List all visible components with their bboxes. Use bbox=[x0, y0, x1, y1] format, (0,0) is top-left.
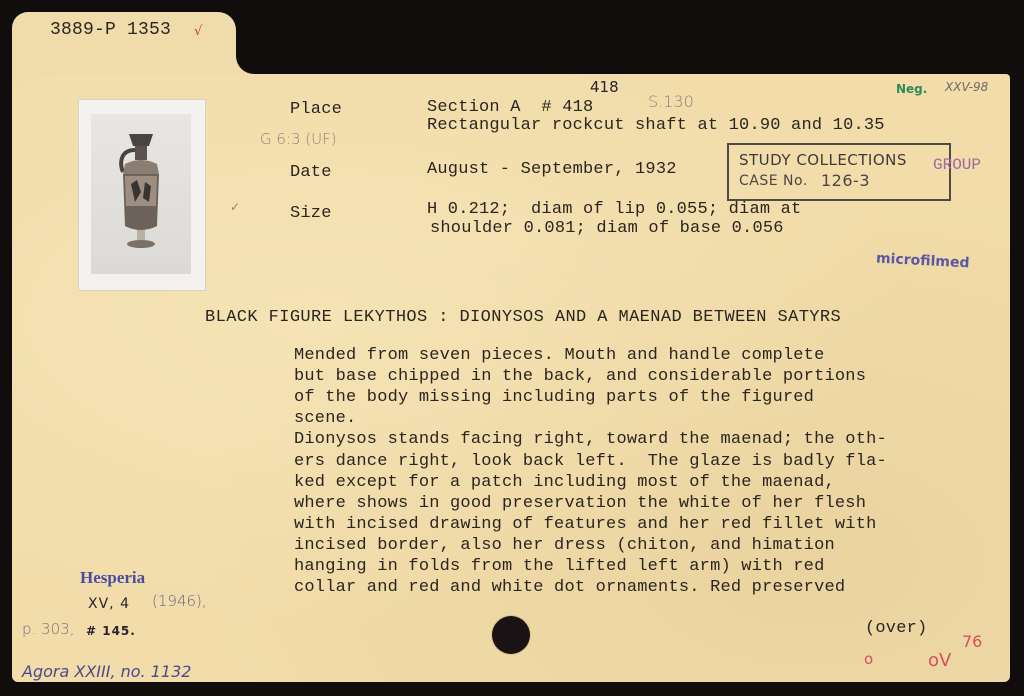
reference-number: # 145. bbox=[86, 624, 136, 638]
description-line: scene. bbox=[294, 409, 356, 428]
over-note: (over) bbox=[865, 619, 927, 638]
reference-journal: Hesperia bbox=[80, 568, 145, 588]
stamp-case-label: CASE No. bbox=[739, 173, 808, 189]
place-label: Place bbox=[290, 100, 342, 119]
photo-background bbox=[91, 114, 191, 274]
description-line: collar and red and white dot ornaments. … bbox=[294, 578, 845, 597]
size-value-line2: shoulder 0.081; diam of base 0.056 bbox=[430, 219, 784, 238]
description-line: of the body missing including parts of t… bbox=[294, 388, 814, 407]
place-annotation-right: S.130 bbox=[648, 92, 694, 111]
agora-reference: Agora XXIII, no. 1132 bbox=[22, 662, 191, 681]
size-label: Size bbox=[290, 204, 332, 223]
description-line: incised border, also her dress (chiton, … bbox=[294, 536, 835, 555]
red-annotation-left: o bbox=[864, 650, 873, 668]
description-line: where shows in good preservation the whi… bbox=[294, 494, 866, 513]
red-annotation-right: oV bbox=[928, 650, 951, 671]
negative-label: Neg. bbox=[896, 82, 927, 96]
description-line: but base chipped in the back, and consid… bbox=[294, 367, 866, 386]
place-value-line2: Rectangular rockcut shaft at 10.90 and 1… bbox=[427, 116, 885, 135]
check-icon: ✓ bbox=[230, 200, 240, 214]
object-title: BLACK FIGURE LEKYTHOS : DIONYSOS AND A M… bbox=[205, 308, 841, 327]
reference-year: (1946), bbox=[152, 592, 207, 610]
group-overtype: GROUP bbox=[933, 156, 981, 174]
punch-hole bbox=[492, 616, 530, 654]
description-line: Dionysos stands facing right, toward the… bbox=[294, 430, 887, 449]
place-annotation-above: 418 bbox=[590, 78, 619, 96]
stamp-case-value: 126-3 bbox=[821, 171, 870, 190]
reference-volume: XV, 4 bbox=[88, 596, 130, 612]
description-line: ked except for a patch including most of… bbox=[294, 473, 835, 492]
description-line: ers dance right, look back left. The gla… bbox=[294, 452, 887, 471]
reference-page: p. 303, bbox=[22, 620, 74, 638]
negative-number: XXV-98 bbox=[945, 80, 988, 94]
place-value-line1: Section A # 418 bbox=[427, 98, 593, 117]
date-label: Date bbox=[290, 163, 332, 182]
description-line: Mended from seven pieces. Mouth and hand… bbox=[294, 346, 825, 365]
description-line: with incised drawing of features and her… bbox=[294, 515, 877, 534]
date-value: August - September, 1932 bbox=[427, 160, 677, 179]
lekythos-icon bbox=[91, 114, 191, 274]
stamp-line1: STUDY COLLECTIONS bbox=[739, 151, 907, 169]
object-photo bbox=[78, 99, 206, 291]
size-value-line1: H 0.212; diam of lip 0.055; diam at bbox=[427, 200, 801, 219]
description-line: hanging in folds from the lifted left ar… bbox=[294, 557, 825, 576]
grid-annotation: G 6:3 (UF) bbox=[260, 130, 337, 148]
red-annotation-superscript: 76 bbox=[962, 632, 982, 651]
catalog-number: 3889-P 1353 bbox=[50, 20, 171, 40]
card-tab-notch bbox=[236, 44, 256, 74]
study-collections-stamp: STUDY COLLECTIONS CASE No. 126-3 bbox=[727, 143, 951, 201]
red-check-icon: √ bbox=[194, 24, 202, 39]
